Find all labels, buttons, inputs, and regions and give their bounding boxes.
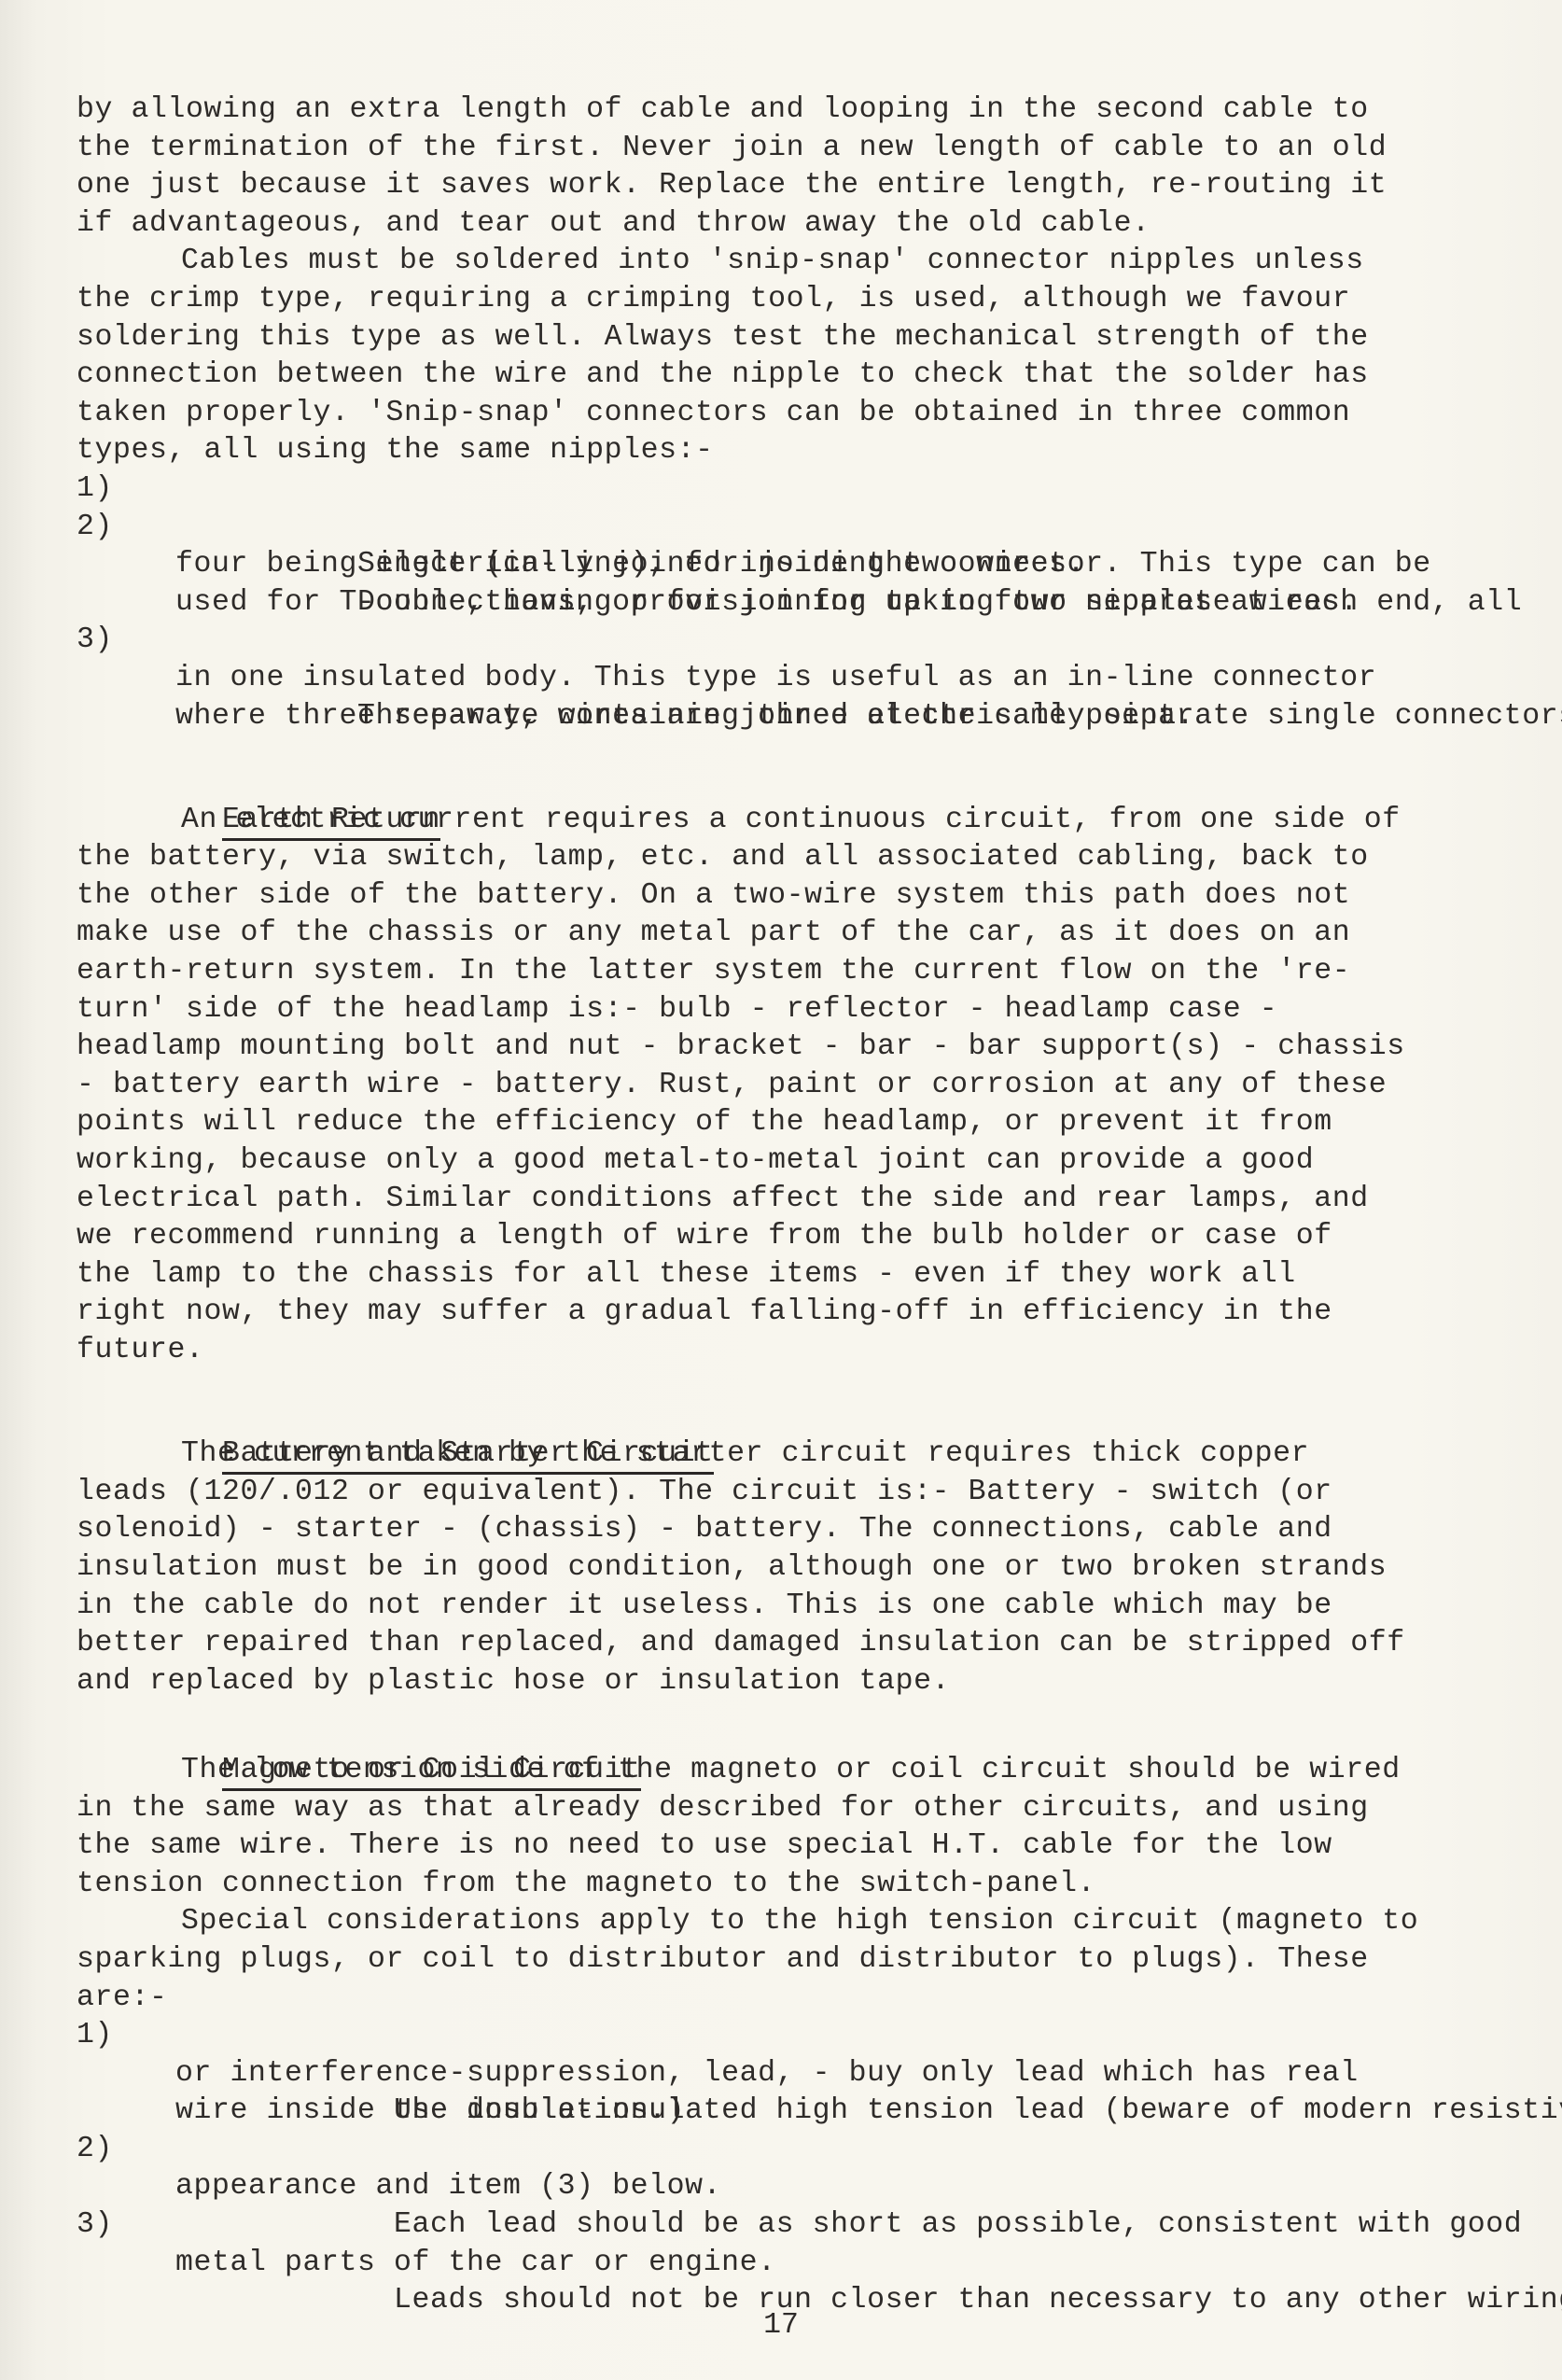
- section-battery-starter: Battery and Starter Circuit The current …: [77, 1398, 1495, 1701]
- text-line: in one insulated body. This type is usef…: [77, 660, 1495, 698]
- list-number: 3): [77, 622, 113, 660]
- connector-types-list: 1) Single (in-line), for joining two wir…: [77, 470, 1495, 735]
- list-number: 2): [77, 509, 113, 547]
- text-line: are:-: [77, 1980, 1495, 2018]
- list-number: 3): [77, 2206, 113, 2245]
- text-line: the battery, via switch, lamp, etc. and …: [77, 839, 1495, 877]
- text-line: An electric current requires a continuou…: [77, 802, 1495, 840]
- text-line: electrical path. Similar conditions affe…: [77, 1181, 1495, 1219]
- text-line: headlamp mounting bolt and nut - bracket…: [77, 1029, 1495, 1067]
- list-item: 3) Leads should not be run closer than n…: [77, 2206, 1495, 2282]
- list-item: 2) Each lead should be as short as possi…: [77, 2131, 1495, 2206]
- text-line: leads (120/.012 or equivalent). The circ…: [77, 1474, 1495, 1512]
- text-line: the crimp type, requiring a crimping too…: [77, 281, 1495, 319]
- text-line: connection between the wire and the nipp…: [77, 357, 1495, 395]
- high-tension-list: 1) Use double-insulated high tension lea…: [77, 2017, 1495, 2282]
- section-magneto-coil: Magneto or Coil Circuit The low tension …: [77, 1714, 1495, 2282]
- text-line: Cables must be soldered into 'snip-snap'…: [77, 243, 1495, 281]
- text-line: soldering this type as well. Always test…: [77, 319, 1495, 357]
- page-body: by allowing an extra length of cable and…: [77, 91, 1495, 2282]
- section-earth-return: Earth Return An electric current require…: [77, 763, 1495, 1370]
- intro-paragraph-2: Cables must be soldered into 'snip-snap'…: [77, 243, 1495, 470]
- text-line: tension connection from the magneto to t…: [77, 1866, 1495, 1904]
- text-line: by allowing an extra length of cable and…: [77, 91, 1495, 130]
- text-line: in the same way as that already describe…: [77, 1790, 1495, 1828]
- text-line: the other side of the battery. On a two-…: [77, 877, 1495, 916]
- text-line: future.: [77, 1332, 1495, 1370]
- text-line: the lamp to the chassis for all these it…: [77, 1256, 1495, 1295]
- list-item: 2) Double, having provision for taking t…: [77, 509, 1495, 623]
- text-line: four being electrically joined inside th…: [77, 546, 1495, 584]
- text-line: taken properly. 'Snip-snap' connectors c…: [77, 395, 1495, 433]
- text-line: better repaired than replaced, and damag…: [77, 1625, 1495, 1663]
- intro-paragraph-1: by allowing an extra length of cable and…: [77, 91, 1495, 243]
- text-line: metal parts of the car or engine.: [77, 2245, 1495, 2283]
- text-line: types, all using the same nipples:-: [77, 432, 1495, 470]
- list-number: 1): [77, 2017, 113, 2055]
- text-line: one just because it saves work. Replace …: [77, 167, 1495, 205]
- text-line: earth-return system. In the latter syste…: [77, 953, 1495, 991]
- text-line: The low tension side of the magneto or c…: [77, 1752, 1495, 1790]
- text-line: wire inside the insulation.): [77, 2093, 1495, 2131]
- text-line: and replaced by plastic hose or insulati…: [77, 1663, 1495, 1701]
- text-line: sparking plugs, or coil to distributor a…: [77, 1941, 1495, 1980]
- text-line: where three separate wires are joined at…: [77, 698, 1495, 736]
- text-line: the termination of the first. Never join…: [77, 130, 1495, 168]
- text-line: points will reduce the efficiency of the…: [77, 1104, 1495, 1142]
- text-line: insulation must be in good condition, al…: [77, 1549, 1495, 1588]
- text-line: the same wire. There is no need to use s…: [77, 1827, 1495, 1866]
- text-line: used for T-connections, or for joining u…: [77, 584, 1495, 623]
- page-number: 17: [0, 2309, 1562, 2342]
- text-line: solenoid) - starter - (chassis) - batter…: [77, 1511, 1495, 1549]
- text-line: Special considerations apply to the high…: [77, 1903, 1495, 1941]
- list-number: 2): [77, 2131, 113, 2169]
- list-item: 1) Use double-insulated high tension lea…: [77, 2017, 1495, 2131]
- list-item: 1) Single (in-line), for joining two wir…: [77, 470, 1495, 509]
- text-line: in the cable do not render it useless. T…: [77, 1588, 1495, 1626]
- text-line: working, because only a good metal-to-me…: [77, 1142, 1495, 1181]
- list-number: 1): [77, 470, 113, 509]
- text-line: The current taken by the starter circuit…: [77, 1435, 1495, 1474]
- text-line: if advantageous, and tear out and throw …: [77, 205, 1495, 244]
- text-line: right now, they may suffer a gradual fal…: [77, 1294, 1495, 1332]
- text-line: turn' side of the headlamp is:- bulb - r…: [77, 991, 1495, 1029]
- text-line: or interference-suppression, lead, - buy…: [77, 2055, 1495, 2093]
- text-line: make use of the chassis or any metal par…: [77, 915, 1495, 953]
- text-line: we recommend running a length of wire fr…: [77, 1218, 1495, 1256]
- scanned-page: by allowing an extra length of cable and…: [0, 0, 1562, 2380]
- list-item: 3) Three-way, containing three electrica…: [77, 622, 1495, 735]
- text-line: - battery earth wire - battery. Rust, pa…: [77, 1067, 1495, 1105]
- text-line: appearance and item (3) below.: [77, 2168, 1495, 2206]
